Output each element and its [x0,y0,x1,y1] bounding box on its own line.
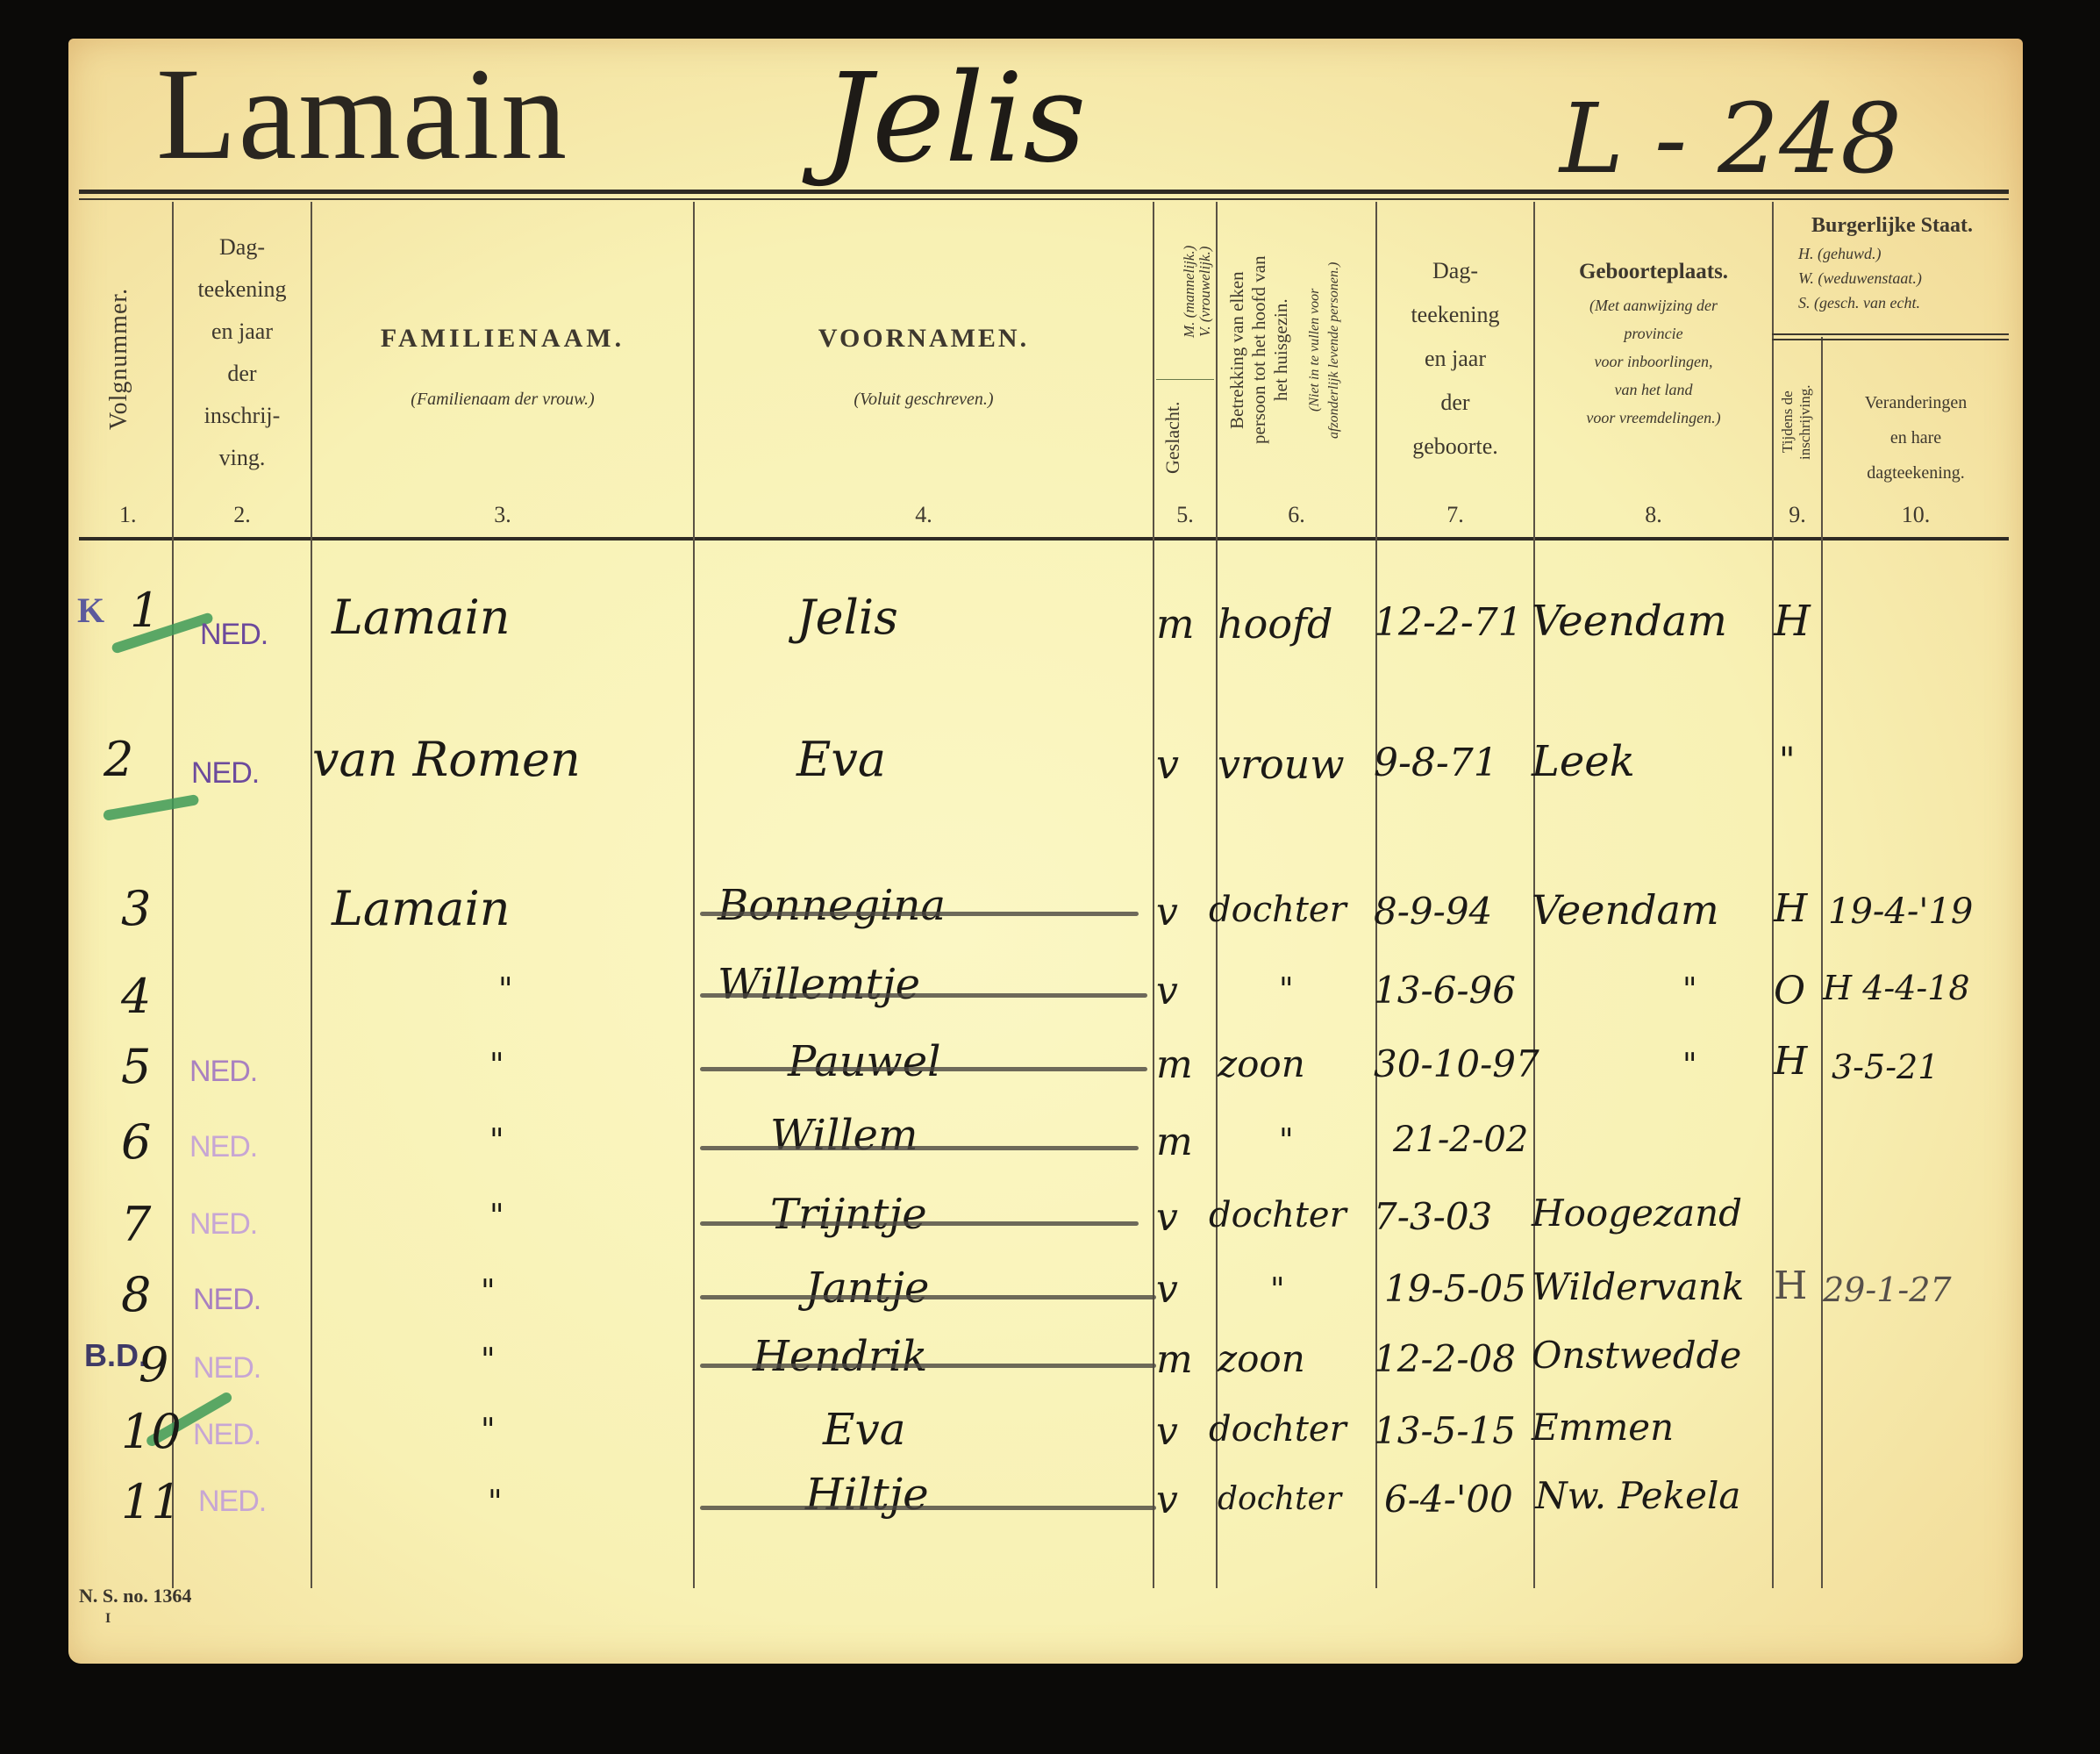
row-10-voornamen: Eva [823,1404,906,1455]
row-4-veranderingen: H 4-4-18 [1823,969,1970,1007]
row-3-veranderingen: 19-4-'19 [1828,891,1973,932]
row-9-nr: 9 [139,1337,168,1392]
header-betrekking: Betrekking van elken persoon tot het hoo… [1226,205,1292,495]
row-2-geslacht: v [1156,741,1179,788]
row-3-familienaam: Lamain [332,881,511,936]
green-check-row-1 [111,612,214,654]
row-6-ned-stamp: NED. [189,1130,257,1164]
row-7-betrekking: dochter [1209,1195,1346,1235]
row-9-betrekking: zoon [1218,1337,1305,1380]
row-7-geboorteplaats: Hoogezand [1532,1192,1742,1235]
row-7-ned-stamp: NED. [189,1207,257,1242]
header-line: inschrij- [174,395,311,437]
row-5-familienaam: " [489,1048,504,1084]
register-card: Lamain Jelis L - 248 Volgnummer. 1. Dag-… [68,39,2023,1664]
row-10-geboortedatum: 13-5-15 [1374,1409,1516,1452]
row-6-strikethrough [700,1146,1139,1150]
header-geslacht-v: V. (vrouwelijk.) [1196,205,1214,377]
row-5-geboorteplaats: " [1682,1048,1697,1084]
row-3-strikethrough [700,912,1139,916]
row-1-geboortedatum: 12-2-71 [1374,600,1523,645]
row-5-betrekking: zoon [1218,1042,1305,1085]
row-11-voornamen: Hiltje [805,1469,929,1520]
row-1-nr: 1 [130,583,160,638]
row-3-geboorteplaats: Veendam [1532,886,1719,934]
header-dagteekening-inschrijving: Dag- teekening en jaar der inschrij- vin… [174,226,311,479]
header-volgnummer: Volgnummer. [105,249,133,469]
row-4-strikethrough [700,993,1147,998]
row-9-familienaam: " [481,1342,496,1378]
header-line: provincie [1535,319,1772,347]
header-col-number-10: 10. [1823,502,2009,528]
header-geslacht: Geslacht. [1161,381,1184,495]
row-8-familienaam: " [481,1274,496,1310]
header-dagteekening-geboorte: Dag- teekening en jaar der geboorte. [1377,249,1533,469]
row-6-voornamen: Willem [770,1111,918,1160]
row-9-ned-stamp: NED. [193,1351,261,1385]
header-col-number-4: 4. [695,502,1153,528]
header-col-number-1: 1. [119,502,137,528]
header-geslacht-m: M. (mannelijk.) [1181,205,1198,377]
row-7-geslacht: v [1156,1195,1178,1240]
header-line: H. (gehuwd.) [1774,241,2011,266]
row-10-geboorteplaats: Emmen [1532,1406,1674,1449]
row-9-geboorteplaats: Onstwedde [1532,1334,1741,1377]
row-6-familienaam: " [489,1123,504,1159]
row-2-familienaam: van Romen [312,732,581,787]
column-divider-3 [693,202,695,1588]
row-6-nr: 6 [121,1114,151,1170]
header-line: en jaar [174,311,311,353]
row-5-nr: 5 [121,1039,151,1094]
row-5-ned-stamp: NED. [189,1055,257,1089]
row-6-geboortedatum: 21-2-02 [1393,1120,1528,1160]
top-rule-thin [79,198,2009,200]
row-4-familienaam: " [498,972,513,1008]
row-3-nr: 3 [121,881,151,936]
row-9-voornamen: Hendrik [753,1332,927,1381]
row-1-familienaam: Lamain [332,590,511,645]
row-4-geslacht: v [1156,969,1178,1013]
row-10-geslacht: v [1156,1409,1178,1454]
row-7-nr: 7 [121,1197,151,1252]
row-10-ned-stamp: NED. [193,1418,261,1452]
row-5-geslacht: m [1156,1042,1193,1087]
column-divider-4 [1153,202,1154,1588]
header-voornamen-sub: (Voluit geschreven.) [695,390,1153,410]
row-5-geboortedatum: 30-10-97 [1374,1042,1539,1085]
row-3-betrekking: dochter [1209,890,1346,930]
header-line: het huisgezin. [1270,205,1292,495]
row-3-staat: H [1774,886,1807,931]
row-8-geboorteplaats: Wildervank [1532,1265,1744,1308]
header-line: S. (gesch. van echt. [1774,290,2011,315]
row-8-geslacht: v [1156,1267,1178,1312]
header-line: en jaar [1377,337,1533,381]
header-line: der [174,353,311,395]
header-line: Veranderingen [1823,385,2009,420]
header-line: der [1377,381,1533,425]
row-1-betrekking: hoofd [1218,600,1333,648]
header-familienaam: FAMILIENAAM. [312,324,693,354]
row-1-voornamen: Jelis [796,590,898,645]
row-11-nr: 11 [121,1474,182,1529]
row-7-familienaam: " [489,1199,504,1235]
row-6-betrekking: " [1279,1123,1294,1159]
row-4-geboortedatum: 13-6-96 [1374,969,1516,1012]
header-line: teekening [1377,293,1533,337]
row-3-voornamen: Bonnegina [718,881,946,930]
row-11-geslacht: v [1156,1478,1178,1522]
row-4-betrekking: " [1279,972,1294,1008]
row-1-geboorteplaats: Veendam [1532,597,1727,646]
row-8-veranderingen: 29-1-27 [1823,1271,1952,1309]
row-11-familienaam: " [488,1485,503,1521]
row-9-strikethrough [700,1364,1156,1368]
form-number: N. S. no. 1364 [79,1585,191,1607]
row-3-geslacht: v [1156,890,1178,934]
row-8-staat: H [1774,1264,1807,1308]
row-2-betrekking: vrouw [1218,741,1345,788]
row-4-staat: O [1774,969,1805,1013]
header-col-number-7: 7. [1377,502,1533,528]
row-4-nr: 4 [121,969,151,1024]
header-veranderingen: Veranderingen en hare dagteekening. [1823,385,2009,490]
row-10-betrekking: dochter [1209,1409,1346,1450]
header-line: Tijdens de [1779,356,1796,488]
header-line: (Niet in te vullen voor [1305,205,1325,495]
row-2-voornamen: Eva [796,732,886,787]
row-1-geslacht: m [1156,600,1195,648]
header-line: dagteekening. [1823,455,2009,490]
column-divider-2 [311,202,312,1588]
header-line: Burgerlijke Staat. [1774,214,2011,238]
row-11-ned-stamp: NED. [198,1485,266,1519]
row-3-geboortedatum: 8-9-94 [1374,890,1492,933]
header-voornamen: VOORNAMEN. [695,324,1153,354]
header-line: Dag- [1377,249,1533,293]
header-geboorteplaats: Geboorteplaats. (Met aanwijzing der prov… [1535,260,1772,432]
row-9-geslacht: m [1156,1337,1193,1382]
header-col-number-8: 8. [1535,502,1772,528]
row-11-strikethrough [700,1506,1156,1510]
header-line: voor vreemdelingen.) [1535,404,1772,432]
header-line: voor inboorlingen, [1535,347,1772,376]
row-11-geboortedatum: 6-4-'00 [1384,1478,1513,1521]
header-familienaam-sub: (Familienaam der vrouw.) [312,390,693,410]
row-9-geboortedatum: 12-2-08 [1374,1337,1516,1380]
geslacht-mv-rule [1156,379,1214,380]
header-col-number-2: 2. [174,502,311,528]
row-5-voornamen: Pauwel [788,1037,941,1086]
card-code: L - 248 [1560,82,1902,195]
header-col-number-9: 9. [1774,502,1821,528]
header-burgerlijke-staat: Burgerlijke Staat. H. (gehuwd.) W. (wedu… [1774,214,2011,315]
green-check-row-2 [103,794,199,821]
row-7-strikethrough [700,1221,1139,1226]
row-4-voornamen: Willemtje [718,960,920,1009]
row-8-strikethrough [700,1295,1156,1299]
row-2-nr: 2 [104,732,133,787]
header-col-number-3: 3. [312,502,693,528]
top-rule-thick [79,190,2009,194]
form-number-sub: I [105,1611,111,1627]
header-line: W. (weduwenstaat.) [1774,266,2011,290]
row-2-geboorteplaats: Leek [1532,737,1635,786]
row-2-geboortedatum: 9-8-71 [1374,741,1498,785]
card-given-name-title: Jelis [823,47,1086,190]
row-4-geboorteplaats: " [1682,972,1697,1008]
header-line: teekening [174,268,311,311]
header-line: Betrekking van elken [1226,205,1248,495]
header-line: (Met aanwijzing der [1535,291,1772,319]
row-11-betrekking: dochter [1218,1481,1341,1517]
row-8-betrekking: " [1270,1272,1285,1308]
row-8-ned-stamp: NED. [193,1283,261,1317]
row-10-familienaam: " [481,1413,496,1449]
header-line: geboorte. [1377,425,1533,469]
header-line: inschrijving. [1796,356,1814,488]
card-surname-title: Lamain [156,39,568,190]
header-line: Dag- [174,226,311,268]
row-1-ned-stamp: NED. [200,618,268,652]
header-col-number-6: 6. [1218,502,1375,528]
row-1-staat: H [1774,597,1811,646]
row-8-voornamen: Jantje [805,1264,929,1313]
row-8-nr: 8 [121,1267,151,1322]
mark-k: K [77,590,104,631]
header-line: van het land [1535,376,1772,404]
row-8-geboortedatum: 19-5-05 [1384,1267,1526,1310]
row-7-voornamen: Trijntje [770,1190,927,1239]
header-col-number-5: 5. [1154,502,1216,528]
row-6-geslacht: m [1156,1120,1193,1164]
row-11-geboorteplaats: Nw. Pekela [1535,1474,1740,1517]
header-line: Geboorteplaats. [1535,260,1772,284]
row-10-nr: 10 [121,1404,182,1459]
row-5-staat: H [1774,1039,1807,1084]
staat-subrule-2 [1772,339,2009,340]
header-line: afzonderlijk levende personen.) [1325,205,1344,495]
row-2-ned-stamp: NED. [191,756,259,791]
row-5-strikethrough [700,1067,1147,1071]
staat-subrule [1772,333,2009,335]
header-betrekking-note: (Niet in te vullen voor afzonderlijk lev… [1305,205,1344,495]
header-tijdens-inschrijving: Tijdens de inschrijving. [1779,356,1814,488]
row-7-geboortedatum: 7-3-03 [1374,1195,1492,1238]
header-line: ving. [174,437,311,479]
header-line: persoon tot het hoofd van [1248,205,1270,495]
row-5-veranderingen: 3-5-21 [1832,1048,1939,1086]
header-bottom-rule [79,537,2009,541]
row-2-staat: " [1779,741,1795,781]
header-line: en hare [1823,420,2009,455]
